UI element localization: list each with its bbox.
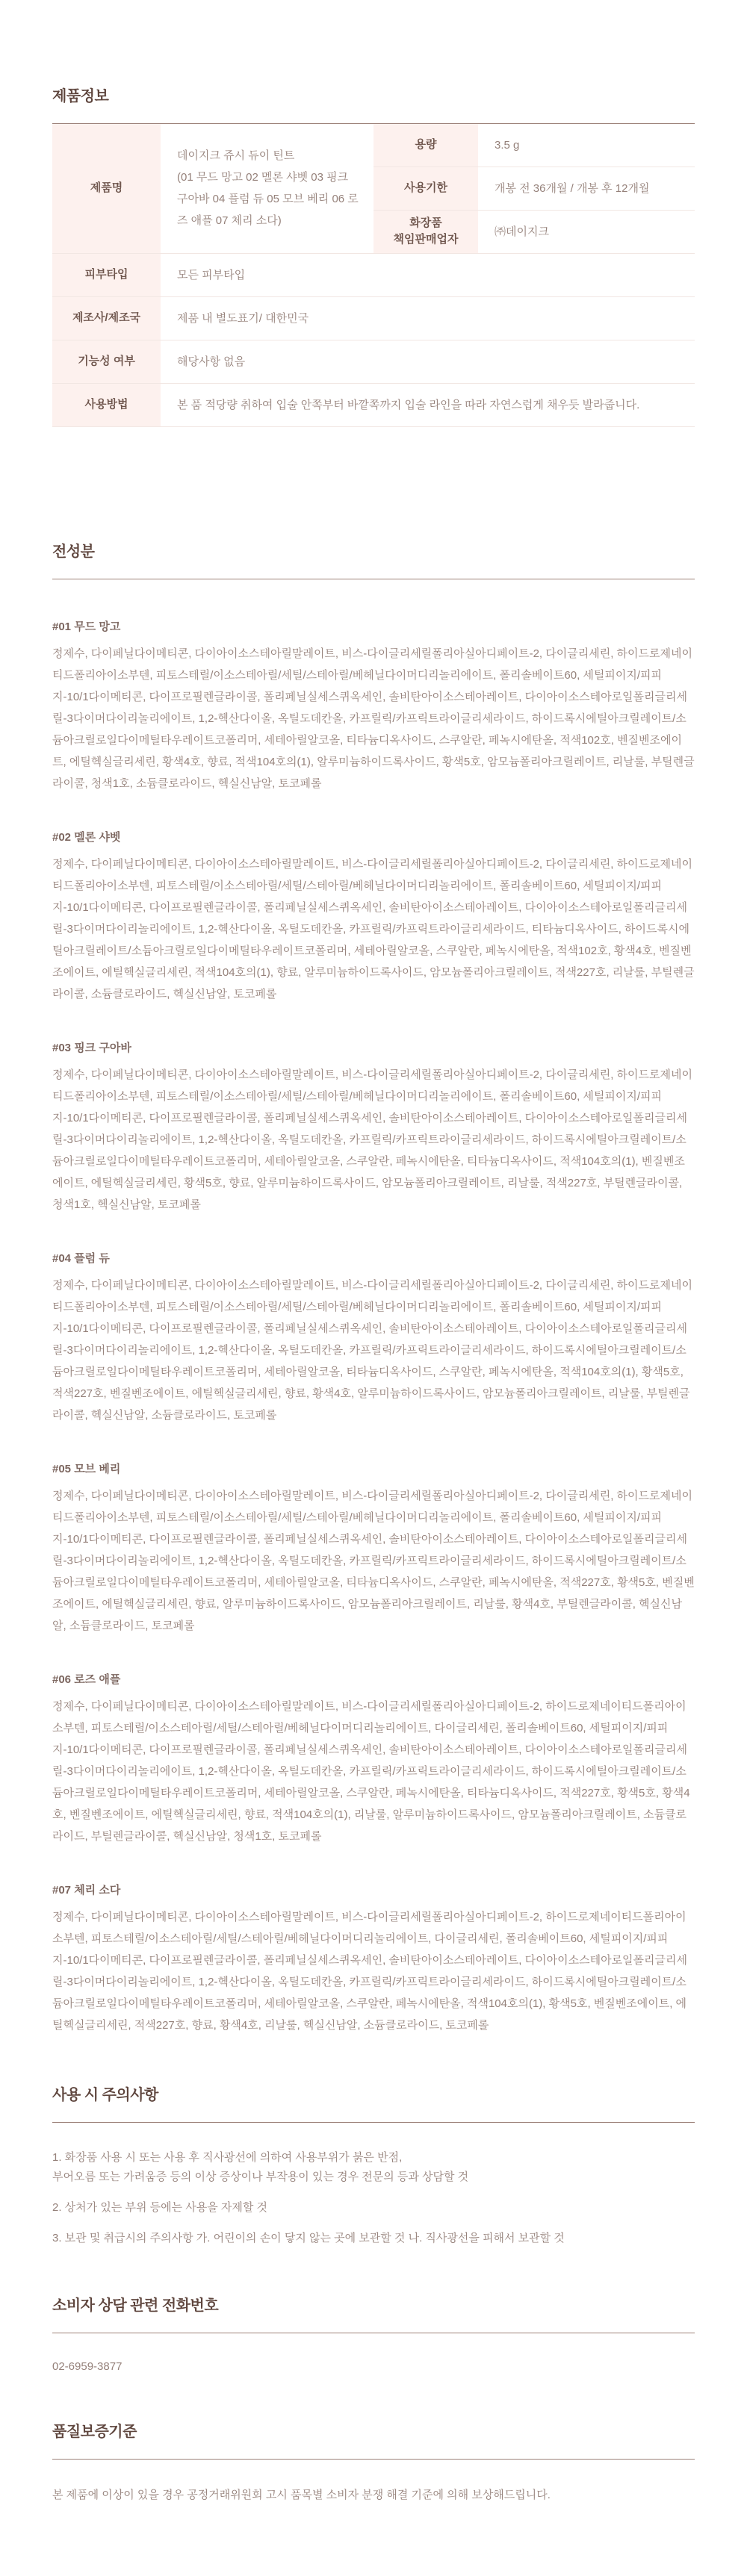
expiry-label: 사용기한 — [373, 167, 478, 210]
shade-block-05: #05 모브 베리 정제수, 다이페닐다이메티콘, 다이아이소스테아릴말레이트,… — [52, 1460, 695, 1637]
warranty-title: 품질보증기준 — [52, 2419, 695, 2441]
section-divider — [52, 2459, 695, 2460]
section-ingredients: 전성분 #01 무드 망고 정제수, 다이페닐다이메티콘, 다이아이소스테아릴말… — [52, 539, 695, 2036]
shade-ingredients: 정제수, 다이페닐다이메티콘, 다이아이소스테아릴말레이트, 비스-다이글리세릴… — [52, 643, 695, 794]
usage-label: 사용방법 — [52, 384, 161, 426]
functional-label: 기능성 여부 — [52, 340, 161, 383]
table-row-seller: 화장품 책임판매업자 ㈜데이지크 — [373, 210, 695, 253]
precaution-item: 2. 상처가 있는 부위 등에는 사용을 자제할 것 — [52, 2198, 695, 2218]
expiry-value: 개봉 전 36개월 / 개봉 후 12개월 — [478, 167, 695, 210]
precaution-item: 3. 보관 및 취급시의 주의사항 가. 어린이의 손이 닿지 않는 곳에 보관… — [52, 2229, 695, 2248]
section-divider — [52, 2122, 695, 2123]
shade-name: #05 모브 베리 — [52, 1460, 695, 1476]
volume-label: 용량 — [373, 124, 478, 167]
ingredients-title: 전성분 — [52, 539, 695, 561]
usage-value: 본 품 적당량 취하여 입술 안쪽부터 바깥쪽까지 입술 라인을 따라 자연스럽… — [161, 384, 695, 426]
section-precautions: 사용 시 주의사항 1. 화장품 사용 시 또는 사용 후 직사광선에 의하여 … — [52, 2082, 695, 2248]
section-warranty: 품질보증기준 본 제품에 이상이 있을 경우 공정거래위원회 고시 품목별 소비… — [52, 2419, 695, 2505]
precautions-title: 사용 시 주의사항 — [52, 2082, 695, 2104]
shade-name: #03 핑크 구아바 — [52, 1039, 695, 1055]
shade-ingredients: 정제수, 다이페닐다이메티콘, 다이아이소스테아릴말레이트, 비스-다이글리세릴… — [52, 853, 695, 1005]
shade-name: #04 플럼 듀 — [52, 1250, 695, 1266]
warranty-text: 본 제품에 이상이 있을 경우 공정거래위원회 고시 품목별 소비자 분쟁 해결… — [52, 2486, 695, 2505]
seller-label: 화장품 책임판매업자 — [373, 211, 478, 253]
seller-value: ㈜데이지크 — [478, 211, 695, 253]
shade-ingredients: 정제수, 다이페닐다이메티콘, 다이아이소스테아릴말레이트, 비스-다이글리세릴… — [52, 1064, 695, 1216]
shade-ingredients: 정제수, 다이페닐다이메티콘, 다이아이소스테아릴말레이트, 비스-다이글리세릴… — [52, 1275, 695, 1426]
table-row-skin-type: 피부타입 모든 피부타입 — [52, 254, 695, 297]
volume-value: 3.5 g — [478, 124, 695, 167]
product-meta-rows: 용량 3.5 g 사용기한 개봉 전 36개월 / 개봉 후 12개월 화장품 … — [373, 124, 695, 253]
precaution-item: 1. 화장품 사용 시 또는 사용 후 직사광선에 의하여 사용부위가 붉은 반… — [52, 2148, 695, 2187]
shade-block-06: #06 로즈 애플 정제수, 다이페닐다이메티콘, 다이아이소스테아릴말레이트,… — [52, 1671, 695, 1847]
product-name-value: 데이지크 쥬시 듀이 틴트 (01 무드 망고 02 멜론 샤벳 03 핑크 구… — [161, 124, 373, 253]
skin-type-value: 모든 피부타입 — [161, 254, 695, 296]
contact-phone-number: 02-6959-3877 — [52, 2360, 695, 2373]
shade-ingredients: 정제수, 다이페닐다이메티콘, 다이아이소스테아릴말레이트, 비스-다이글리세릴… — [52, 1485, 695, 1637]
product-name-pair: 제품명 데이지크 쥬시 듀이 틴트 (01 무드 망고 02 멜론 샤벳 03 … — [52, 124, 373, 253]
shade-block-07: #07 체리 소다 정제수, 다이페닐다이메티콘, 다이아이소스테아릴말레이트,… — [52, 1882, 695, 2036]
table-row-manufacturer: 제조사/제조국 제품 내 별도표기/ 대한민국 — [52, 297, 695, 340]
table-row-volume: 용량 3.5 g — [373, 124, 695, 167]
table-row-functional: 기능성 여부 해당사항 없음 — [52, 340, 695, 384]
product-detail-page: 제품정보 제품명 데이지크 쥬시 듀이 틴트 (01 무드 망고 02 멜론 샤… — [0, 0, 747, 2576]
shade-name: #01 무드 망고 — [52, 618, 695, 634]
shade-ingredients: 정제수, 다이페닐다이메티콘, 다이아이소스테아릴말레이트, 비스-다이글리세릴… — [52, 1906, 695, 2036]
shade-name: #06 로즈 애플 — [52, 1671, 695, 1687]
shade-block-04: #04 플럼 듀 정제수, 다이페닐다이메티콘, 다이아이소스테아릴말레이트, … — [52, 1250, 695, 1426]
table-row-product-name: 제품명 데이지크 쥬시 듀이 틴트 (01 무드 망고 02 멜론 샤벳 03 … — [52, 124, 695, 254]
contact-title: 소비자 상담 관련 전화번호 — [52, 2293, 695, 2315]
section-divider — [52, 2333, 695, 2333]
section-product-info: 제품정보 제품명 데이지크 쥬시 듀이 틴트 (01 무드 망고 02 멜론 샤… — [52, 84, 695, 427]
shade-block-01: #01 무드 망고 정제수, 다이페닐다이메티콘, 다이아이소스테아릴말레이트,… — [52, 618, 695, 794]
functional-value: 해당사항 없음 — [161, 340, 695, 383]
shade-name: #02 멜론 샤벳 — [52, 829, 695, 844]
skin-type-label: 피부타입 — [52, 254, 161, 296]
shade-ingredients: 정제수, 다이페닐다이메티콘, 다이아이소스테아릴말레이트, 비스-다이글리세릴… — [52, 1696, 695, 1847]
product-name-label: 제품명 — [52, 124, 161, 253]
shade-name: #07 체리 소다 — [52, 1882, 695, 1897]
shade-block-03: #03 핑크 구아바 정제수, 다이페닐다이메티콘, 다이아이소스테아릴말레이트… — [52, 1039, 695, 1216]
section-contact: 소비자 상담 관련 전화번호 02-6959-3877 — [52, 2293, 695, 2373]
table-row-expiry: 사용기한 개봉 전 36개월 / 개봉 후 12개월 — [373, 167, 695, 210]
manufacturer-label: 제조사/제조국 — [52, 297, 161, 340]
product-info-title: 제품정보 — [52, 84, 695, 105]
section-divider — [52, 579, 695, 579]
table-row-usage: 사용방법 본 품 적당량 취하여 입술 안쪽부터 바깥쪽까지 입술 라인을 따라… — [52, 384, 695, 427]
manufacturer-value: 제품 내 별도표기/ 대한민국 — [161, 297, 695, 340]
shade-block-02: #02 멜론 샤벳 정제수, 다이페닐다이메티콘, 다이아이소스테아릴말레이트,… — [52, 829, 695, 1005]
product-info-table: 제품명 데이지크 쥬시 듀이 틴트 (01 무드 망고 02 멜론 샤벳 03 … — [52, 124, 695, 427]
